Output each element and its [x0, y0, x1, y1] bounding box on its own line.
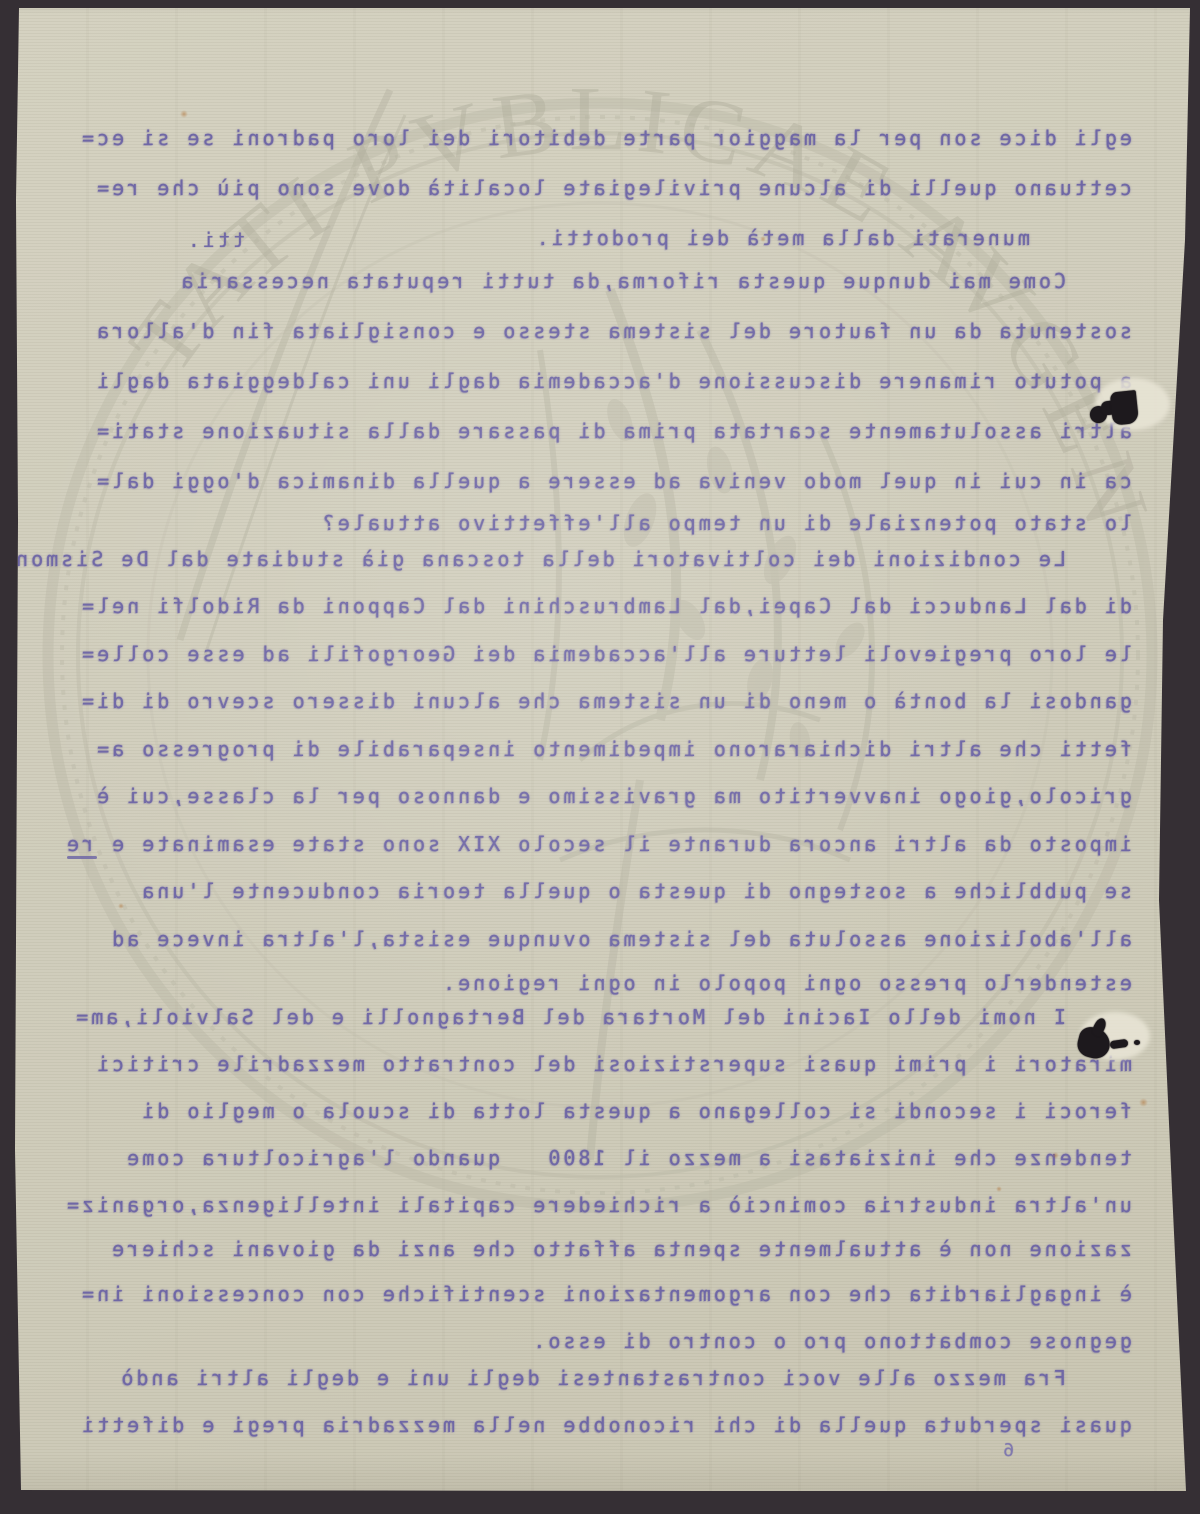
paper-sheet: TATI PVBLICAE AVGEN egli dice son per la… [0, 0, 1200, 1514]
paper-vignette [0, 0, 1200, 1514]
scanned-page-background: { "colors": { "background": "#352f34", "… [0, 0, 1200, 1514]
